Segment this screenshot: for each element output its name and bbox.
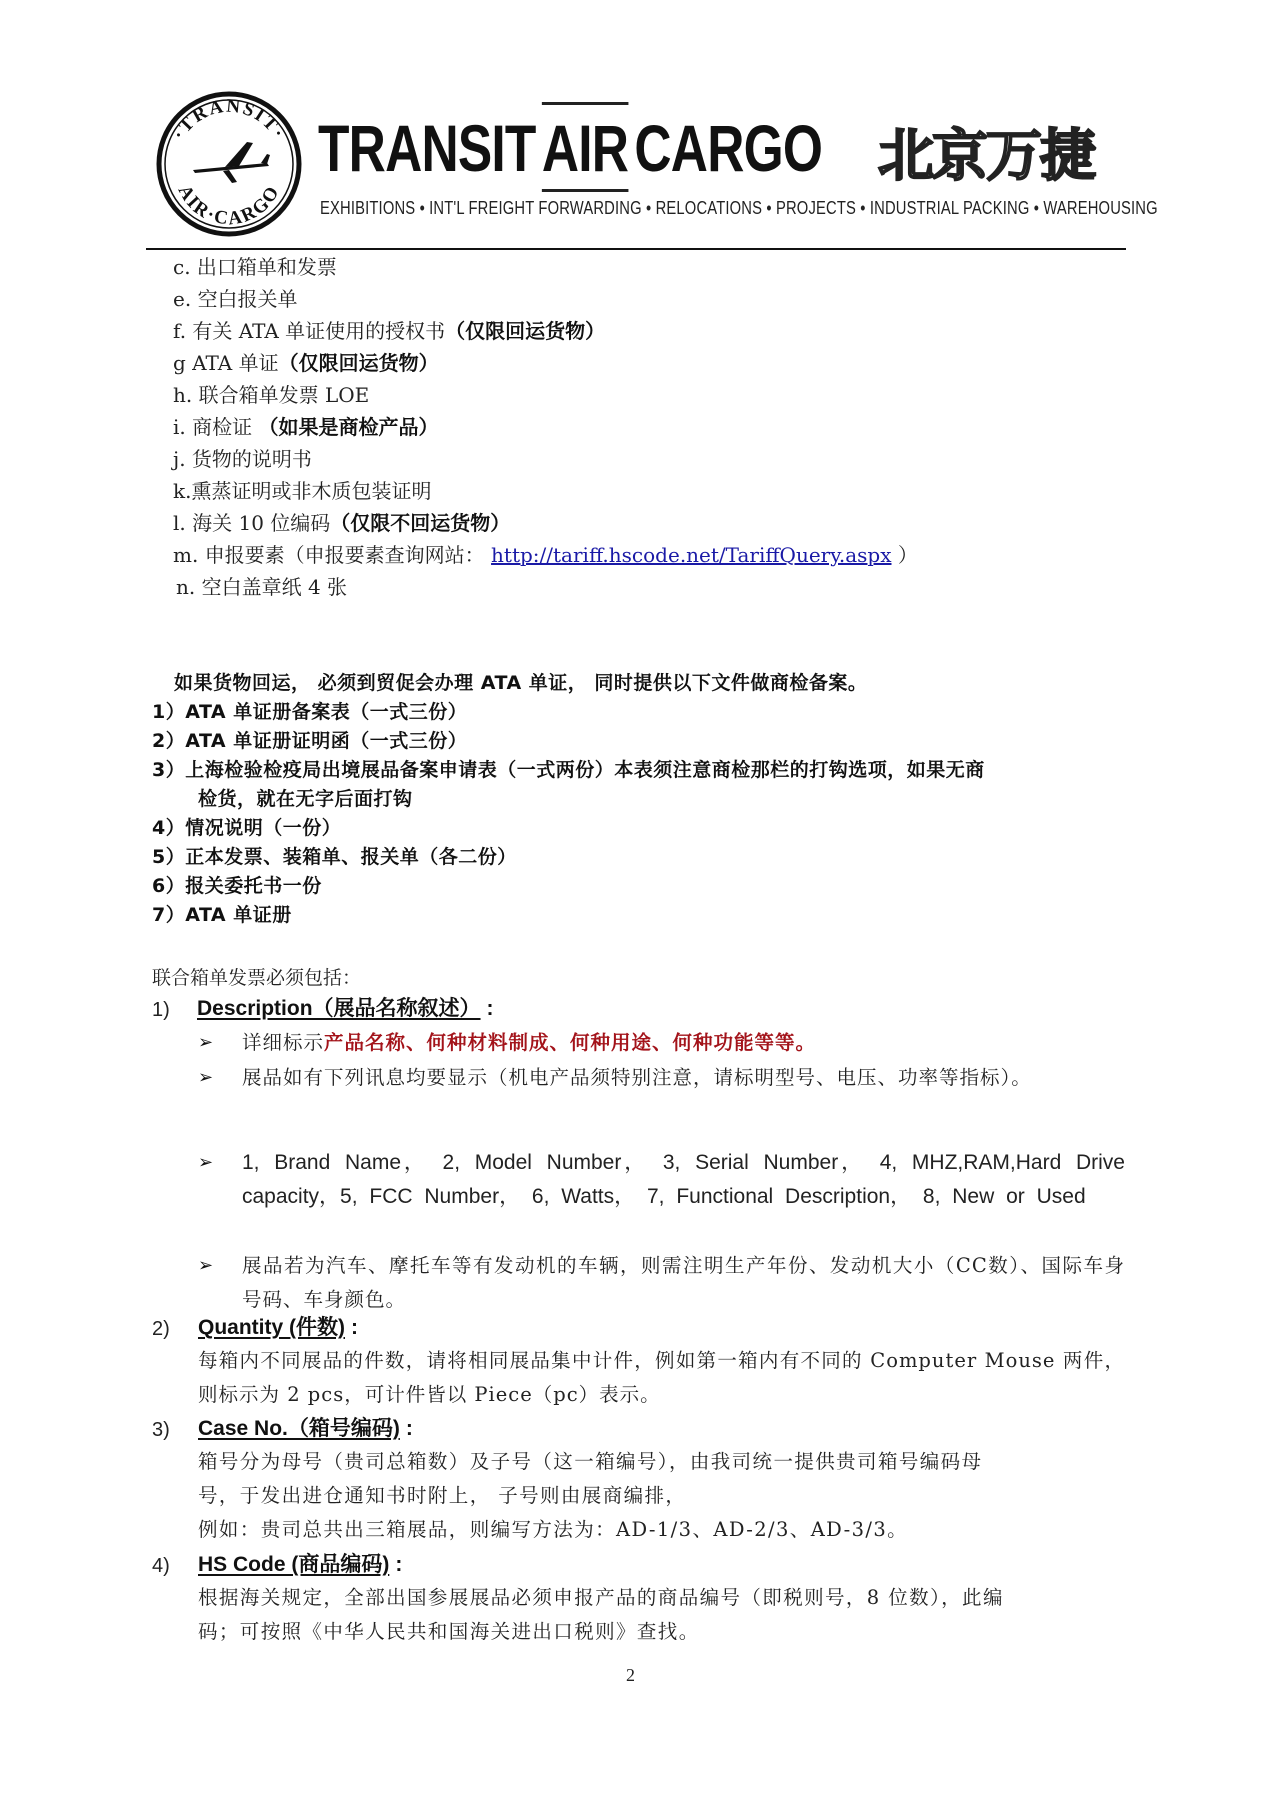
checklist-item: e. 空白报关单	[173, 285, 298, 313]
page-number: 2	[626, 1665, 635, 1686]
quantity-body: 每箱内不同展品的件数，请将相同展品集中计件，例如第一箱内有不同的 Compute…	[198, 1344, 1125, 1412]
return-goods-item: 4）情况说明（一份）	[152, 814, 341, 842]
hs-code-body-line: 根据海关规定，全部出国参展展品必须申报产品的商品编号（即税则号，8 位数），此编	[198, 1584, 1004, 1612]
return-goods-intro: 如果货物回运， 必须到贸促会办理 ATA 单证， 同时提供以下文件做商检备案。	[174, 669, 867, 697]
return-goods-item: 7）ATA 单证册	[152, 901, 292, 929]
checklist-item: c. 出口箱单和发票	[173, 253, 337, 281]
checklist-item: h. 联合箱单发票 LOE	[173, 381, 369, 409]
brand-cargo: CARGO	[634, 110, 822, 186]
brand-transit: TRANSIT	[318, 110, 536, 186]
case-no-body-line: 箱号分为母号（贵司总箱数）及子号（这一箱编号），由我司统一提供贵司箱号编码母	[198, 1448, 982, 1476]
return-goods-item: 1）ATA 单证册备案表（一式三份）	[152, 698, 467, 726]
section-number: 2)	[152, 1315, 170, 1343]
return-goods-item: 6）报关委托书一份	[152, 872, 322, 900]
description-bullet: 详细标示产品名称、何种材料制成、何种用途、何种功能等等。	[242, 1029, 816, 1057]
return-goods-item-continued: 检货，就在无字后面打钩	[198, 785, 413, 813]
description-bullet: 展品如有下列讯息均要显示（机电产品须特别注意，请标明型号、电压、功率等指标）。	[242, 1061, 1125, 1095]
loe-intro: 联合箱单发票必须包括：	[152, 964, 361, 992]
brand-air: AIR	[542, 110, 628, 186]
section-heading-quantity: Quantity (件数):	[198, 1314, 358, 1342]
section-number: 3)	[152, 1416, 170, 1444]
brand-name: TRANSIT AIR CARGO	[318, 108, 822, 188]
brand-chinese-name: 北京万捷	[878, 112, 1094, 192]
return-goods-item: 3）上海检验检疫局出境展品备案申请表（一式两份）本表须注意商检那栏的打钩选项，如…	[152, 756, 985, 784]
arrow-bullet-icon: ➢	[198, 1029, 213, 1057]
svg-text:·TRANSIT·: ·TRANSIT·	[169, 96, 290, 144]
arrow-bullet-icon: ➢	[198, 1252, 213, 1280]
services-tagline: EXHIBITIONS • INT'L FREIGHT FORWARDING •…	[320, 198, 1158, 219]
arrow-bullet-icon: ➢	[198, 1064, 213, 1092]
checklist-item: f. 有关 ATA 单证使用的授权书（仅限回运货物）	[173, 317, 605, 345]
checklist-item: g ATA 单证（仅限回运货物）	[173, 349, 439, 377]
description-bullet: 展品若为汽车、摩托车等有发动机的车辆，则需注明生产年份、发动机大小（CC数）、国…	[242, 1249, 1125, 1317]
header-divider	[146, 248, 1126, 250]
case-no-body-line: 例如：贵司总共出三箱展品，则编写方法为：AD-1/3、AD-2/3、AD-3/3…	[198, 1516, 908, 1544]
section-heading-case-no: Case No.（箱号编码):	[198, 1415, 413, 1443]
document-page: ·TRANSIT· AIR·CARGO TRANSIT AIR CARGO 北京…	[0, 0, 1268, 1793]
description-bullet: 1, Brand Name， 2, Model Number， 3, Seria…	[242, 1146, 1125, 1214]
hs-code-body-line: 码；可按照《中华人民共和国海关进出口税则》查找。	[198, 1618, 700, 1646]
section-number: 1)	[152, 996, 170, 1024]
checklist-item: l. 海关 10 位编码（仅限不回运货物）	[173, 509, 510, 537]
return-goods-item: 2）ATA 单证册证明函（一式三份）	[152, 727, 467, 755]
return-goods-item: 5）正本发票、装箱单、报关单（各二份）	[152, 843, 517, 871]
arrow-bullet-icon: ➢	[198, 1149, 213, 1177]
checklist-item: k.熏蒸证明或非木质包装证明	[173, 477, 431, 505]
company-logo-icon: ·TRANSIT· AIR·CARGO	[155, 90, 303, 238]
checklist-item: i. 商检证 （如果是商检产品）	[173, 413, 438, 441]
section-heading-description: Description（展品名称叙述）:	[197, 995, 494, 1023]
checklist-item: m. 申报要素（申报要素查询网站： http://tariff.hscode.n…	[173, 541, 918, 569]
checklist-item: n. 空白盖章纸 4 张	[176, 573, 347, 601]
checklist-item: j. 货物的说明书	[173, 445, 312, 473]
section-number: 4)	[152, 1552, 170, 1580]
tariff-query-link[interactable]: http://tariff.hscode.net/TariffQuery.asp…	[491, 543, 891, 567]
case-no-body-line: 号，于发出进仓通知书时附上， 子号则由展商编排，	[198, 1482, 686, 1510]
section-heading-hs-code: HS Code (商品编码):	[198, 1551, 402, 1579]
